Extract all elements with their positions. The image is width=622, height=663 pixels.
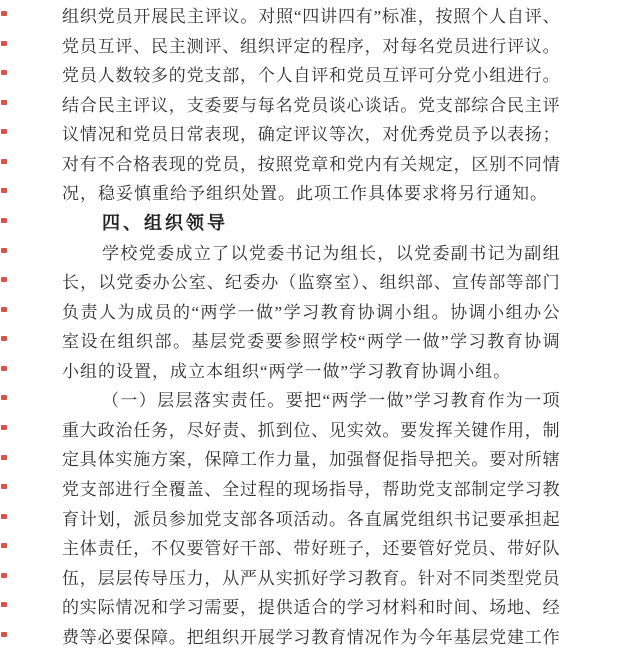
red-edge-mark (1, 218, 7, 223)
red-edge-mark (1, 543, 7, 548)
red-edge-mark (1, 41, 7, 46)
text-line: 负责人为成员的“两学一做”学习教育协调小组。协调小组办公 (62, 298, 560, 328)
text-line: 况，稳妥慎重给予组织处置。此项工作具体要求将另行通知。 (62, 179, 560, 209)
text-line: 费等必要保障。把组织开展学习教育情况作为今年基层党建工作 (62, 623, 560, 653)
text-line: 党员互评、民主测评、组织评定的程序，对每名党员进行评议。 (62, 32, 560, 62)
text-line: 定具体实施方案，保障工作力量，加强督促指导把关。要对所辖 (62, 445, 560, 475)
text-line: 学校党委成立了以党委书记为组长，以党委副书记为副组 (62, 239, 560, 269)
red-edge-mark (1, 70, 7, 75)
text-line: 室设在组织部。基层党委要参照学校“两学一做”学习教育协调 (62, 327, 560, 357)
red-edge-mark (1, 425, 7, 430)
red-edge-mark (1, 366, 7, 371)
red-edge-mark (1, 395, 7, 400)
text-line: 结合民主评议，支委要与每名党员谈心谈话。党支部综合民主评 (62, 91, 560, 121)
red-edge-mark (1, 159, 7, 164)
red-edge-mark (1, 602, 7, 607)
text-line: 小组的设置，成立本组织“两学一做”学习教育协调小组。 (62, 357, 560, 387)
edge-marks (0, 0, 10, 663)
red-edge-mark (1, 277, 7, 282)
text-line: 党支部进行全覆盖、全过程的现场指导，帮助党支部制定学习教 (62, 475, 560, 505)
red-edge-mark (1, 11, 7, 16)
red-edge-mark (1, 336, 7, 341)
section-heading: 四、组织领导 (62, 209, 560, 239)
text-line: 对有不合格表现的党员，按照党章和党内有关规定，区别不同情 (62, 150, 560, 180)
text-line: 党员人数较多的党支部，个人自评和党员互评可分党小组进行。 (62, 61, 560, 91)
text-line: 组织党员开展民主评议。对照“四讲四有”标准，按照个人自评、 (62, 2, 560, 32)
text-line: 长，以党委办公室、纪委办（监察室）、组织部、宣传部等部门 (62, 268, 560, 298)
document-text: 组织党员开展民主评议。对照“四讲四有”标准，按照个人自评、党员互评、民主测评、组… (62, 2, 560, 652)
text-line: 的实际情况和学习需要，提供适合的学习材料和时间、场地、经 (62, 593, 560, 623)
text-line: 主体责任，不仅要管好干部、带好班子，还要管好党员、带好队 (62, 534, 560, 564)
text-line: 议情况和党员日常表现，确定评议等次，对优秀党员予以表扬； (62, 120, 560, 150)
red-edge-mark (1, 484, 7, 489)
text-line: （一）层层落实责任。要把“两学一做”学习教育作为一项 (62, 386, 560, 416)
document-page: 组织党员开展民主评议。对照“四讲四有”标准，按照个人自评、党员互评、民主测评、组… (0, 0, 622, 663)
red-edge-mark (1, 129, 7, 134)
red-edge-mark (1, 248, 7, 253)
red-edge-mark (1, 455, 7, 460)
red-edge-mark (1, 100, 7, 105)
red-edge-mark (1, 514, 7, 519)
text-line: 育计划，派员参加党支部各项活动。各直属党组织书记要承担起 (62, 505, 560, 535)
red-edge-mark (1, 573, 7, 578)
text-line: 伍，层层传导压力，从严从实抓好学习教育。针对不同类型党员 (62, 564, 560, 594)
red-edge-mark (1, 188, 7, 193)
red-edge-mark (1, 632, 7, 637)
text-line: 重大政治任务，尽好责、抓到位、见实效。要发挥关键作用，制 (62, 416, 560, 446)
red-edge-mark (1, 307, 7, 312)
